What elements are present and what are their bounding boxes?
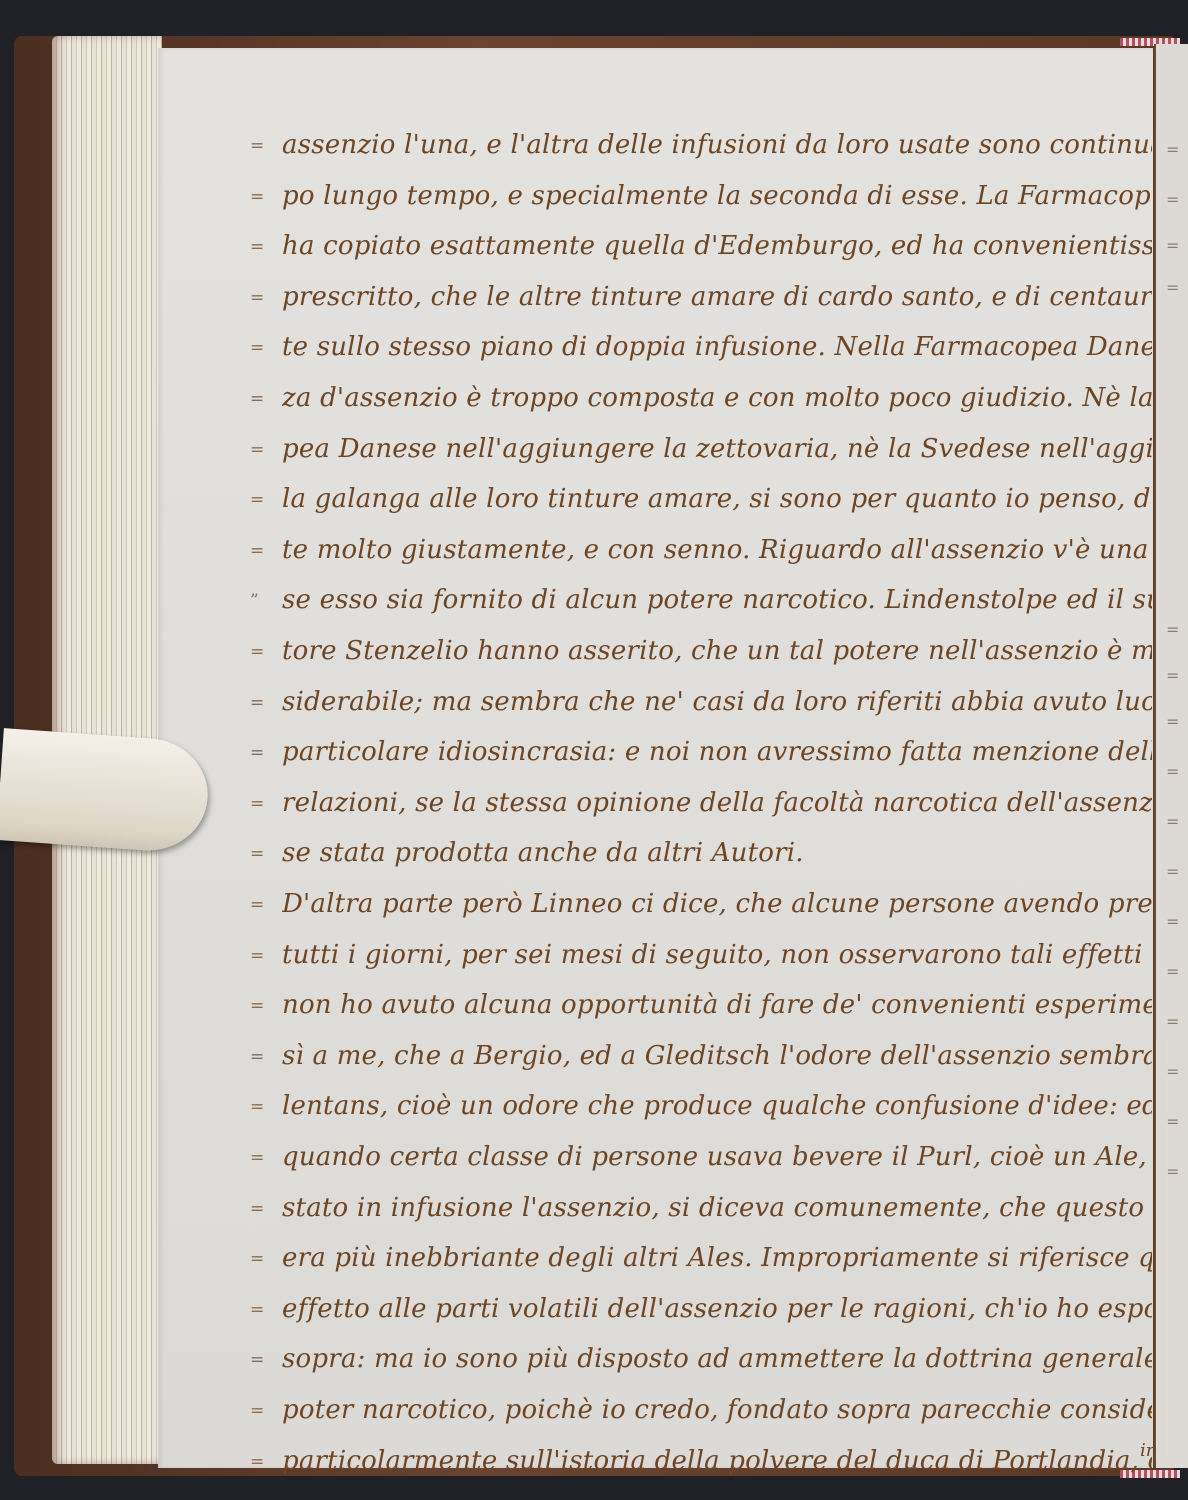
manuscript-line: ”se esso sia fornito di alcun potere nar… bbox=[158, 585, 1153, 625]
margin-quote-mark: = bbox=[250, 1249, 264, 1269]
manuscript-line: =te molto giustamente, e con senno. Rigu… bbox=[158, 535, 1153, 575]
margin-quote-mark: = bbox=[250, 237, 264, 257]
facing-page-margin-mark: = bbox=[1166, 620, 1179, 639]
manuscript-line: =siderabile; ma sembra che ne' casi da l… bbox=[158, 687, 1153, 727]
margin-quote-mark: = bbox=[250, 996, 264, 1016]
manuscript-line: =prescritto, che le altre tinture amare … bbox=[158, 282, 1153, 322]
manuscript-line: =particolarmente sull'istoria della polv… bbox=[158, 1446, 1153, 1486]
manuscript-line: =po lungo tempo, e specialmente la secon… bbox=[158, 181, 1153, 221]
line-text: po lungo tempo, e specialmente la second… bbox=[282, 181, 1152, 211]
facing-page-margin-mark: = bbox=[1166, 1012, 1179, 1031]
line-text: lentans, cioè un odore che produce qualc… bbox=[282, 1091, 1152, 1121]
manuscript-line: =era più inebbriante degli altri Ales. I… bbox=[158, 1243, 1153, 1283]
margin-quote-mark: = bbox=[250, 895, 264, 915]
margin-quote-mark: = bbox=[250, 440, 264, 460]
margin-quote-mark: = bbox=[250, 338, 264, 358]
line-text: siderabile; ma sembra che ne' casi da lo… bbox=[282, 687, 1152, 717]
margin-quote-mark: = bbox=[250, 1148, 264, 1168]
line-text: prescritto, che le altre tinture amare d… bbox=[282, 282, 1152, 312]
margin-quote-mark: = bbox=[250, 541, 264, 561]
manuscript-line: =non ho avuto alcuna opportunità di fare… bbox=[158, 990, 1153, 1030]
manuscript-line: =tore Stenzelio hanno asserito, che un t… bbox=[158, 636, 1153, 676]
manuscript-line: =sopra: ma io sono più disposto ad ammet… bbox=[158, 1344, 1153, 1384]
line-text: tutti i giorni, per sei mesi di seguito,… bbox=[282, 940, 1152, 970]
manuscript-line: =se stata prodotta anche da altri Autori… bbox=[158, 838, 1153, 878]
line-text: poter narcotico, poichè io credo, fondat… bbox=[282, 1395, 1152, 1425]
scanned-book-scene: =assenzio l'una, e l'altra delle infusio… bbox=[0, 0, 1188, 1500]
facing-page-margin-mark: = bbox=[1166, 190, 1179, 209]
line-text: effetto alle parti volatili dell'assenzi… bbox=[282, 1294, 1152, 1324]
margin-quote-mark: = bbox=[250, 1401, 264, 1421]
margin-quote-mark: = bbox=[250, 1097, 264, 1117]
facing-page-margin-mark: = bbox=[1166, 762, 1179, 781]
line-text: te molto giustamente, e con senno. Rigua… bbox=[282, 535, 1152, 565]
facing-page-margin-mark: = bbox=[1166, 912, 1179, 931]
line-text: ha copiato esattamente quella d'Edemburg… bbox=[282, 231, 1152, 261]
line-text: particolarmente sull'istoria della polve… bbox=[282, 1446, 1152, 1476]
manuscript-line: =assenzio l'una, e l'altra delle infusio… bbox=[158, 130, 1153, 170]
margin-quote-mark: ” bbox=[250, 591, 259, 611]
margin-quote-mark: = bbox=[250, 136, 264, 156]
facing-page-margin-mark: = bbox=[1166, 1062, 1179, 1081]
margin-quote-mark: = bbox=[250, 1452, 264, 1472]
line-text: se stata prodotta anche da altri Autori. bbox=[282, 838, 1152, 868]
margin-quote-mark: = bbox=[250, 1350, 264, 1370]
manuscript-line: =stato in infusione l'assenzio, si dicev… bbox=[158, 1193, 1153, 1233]
facing-page-margin-mark: = bbox=[1166, 962, 1179, 981]
line-text: pea Danese nell'aggiungere la zettovaria… bbox=[282, 434, 1152, 464]
line-text: sì a me, che a Bergio, ed a Gleditsch l'… bbox=[282, 1041, 1152, 1071]
margin-quote-mark: = bbox=[250, 794, 264, 814]
manuscript-line: =particolare idiosincrasia: e noi non av… bbox=[158, 737, 1153, 777]
line-text: tore Stenzelio hanno asserito, che un ta… bbox=[282, 636, 1152, 666]
facing-page-margin-mark: = bbox=[1166, 236, 1179, 255]
margin-quote-mark: = bbox=[250, 642, 264, 662]
facing-page-margin-mark: = bbox=[1166, 712, 1179, 731]
line-text: la galanga alle loro tinture amare, si s… bbox=[282, 484, 1152, 514]
line-text: quando certa classe di persone usava bev… bbox=[282, 1142, 1152, 1172]
facing-page-margin-mark: = bbox=[1166, 1112, 1179, 1131]
facing-page-margin-mark: = bbox=[1166, 666, 1179, 685]
line-text: non ho avuto alcuna opportunità di fare … bbox=[282, 990, 1152, 1020]
line-text: se esso sia fornito di alcun potere narc… bbox=[282, 585, 1152, 615]
manuscript-line: =la galanga alle loro tinture amare, si … bbox=[158, 484, 1153, 524]
facing-page-margin-mark: = bbox=[1166, 862, 1179, 881]
margin-quote-mark: = bbox=[250, 693, 264, 713]
margin-quote-mark: = bbox=[250, 187, 264, 207]
manuscript-line: =tutti i giorni, per sei mesi di seguito… bbox=[158, 940, 1153, 980]
manuscript-line: =za d'assenzio è troppo composta e con m… bbox=[158, 383, 1153, 423]
gutter-thread bbox=[1156, 1040, 1168, 1460]
manuscript-text-block: =assenzio l'una, e l'altra delle infusio… bbox=[158, 48, 1153, 1468]
facing-page-margin-mark: = bbox=[1166, 812, 1179, 831]
manuscript-line: =D'altra parte però Linneo ci dice, che … bbox=[158, 889, 1153, 929]
line-text: particolare idiosincrasia: e noi non avr… bbox=[282, 737, 1152, 767]
margin-quote-mark: = bbox=[250, 490, 264, 510]
manuscript-line: =ha copiato esattamente quella d'Edembur… bbox=[158, 231, 1153, 271]
manuscript-line: =relazioni, se la stessa opinione della … bbox=[158, 788, 1153, 828]
line-text: te sullo stesso piano di doppia infusion… bbox=[282, 332, 1152, 362]
margin-quote-mark: = bbox=[250, 389, 264, 409]
line-text: assenzio l'una, e l'altra delle infusion… bbox=[282, 130, 1152, 160]
bone-folder-bookmark bbox=[0, 728, 211, 854]
manuscript-line: =poter narcotico, poichè io credo, fonda… bbox=[158, 1395, 1153, 1435]
margin-quote-mark: = bbox=[250, 1199, 264, 1219]
manuscript-line: =lentans, cioè un odore che produce qual… bbox=[158, 1091, 1153, 1131]
manuscript-line: =effetto alle parti volatili dell'assenz… bbox=[158, 1294, 1153, 1334]
manuscript-line: =sì a me, che a Bergio, ed a Gleditsch l… bbox=[158, 1041, 1153, 1081]
line-text: stato in infusione l'assenzio, si diceva… bbox=[282, 1193, 1152, 1223]
margin-quote-mark: = bbox=[250, 1300, 264, 1320]
line-text: relazioni, se la stessa opinione della f… bbox=[282, 788, 1152, 818]
line-text: era più inebbriante degli altri Ales. Im… bbox=[282, 1243, 1152, 1273]
manuscript-line: =pea Danese nell'aggiungere la zettovari… bbox=[158, 434, 1153, 474]
facing-page-margin-mark: = bbox=[1166, 1162, 1179, 1181]
margin-quote-mark: = bbox=[250, 844, 264, 864]
line-text: D'altra parte però Linneo ci dice, che a… bbox=[282, 889, 1152, 919]
line-text: sopra: ma io sono più disposto ad ammett… bbox=[282, 1344, 1152, 1374]
manuscript-line: =quando certa classe di persone usava be… bbox=[158, 1142, 1153, 1182]
margin-quote-mark: = bbox=[250, 288, 264, 308]
manuscript-page: =assenzio l'una, e l'altra delle infusio… bbox=[158, 48, 1153, 1468]
facing-page-margin-mark: = bbox=[1166, 140, 1179, 159]
facing-page-margin-mark: = bbox=[1166, 278, 1179, 297]
margin-quote-mark: = bbox=[250, 1047, 264, 1067]
line-text: za d'assenzio è troppo composta e con mo… bbox=[282, 383, 1152, 413]
margin-quote-mark: = bbox=[250, 946, 264, 966]
manuscript-line: =te sullo stesso piano di doppia infusio… bbox=[158, 332, 1153, 372]
margin-quote-mark: = bbox=[250, 743, 264, 763]
